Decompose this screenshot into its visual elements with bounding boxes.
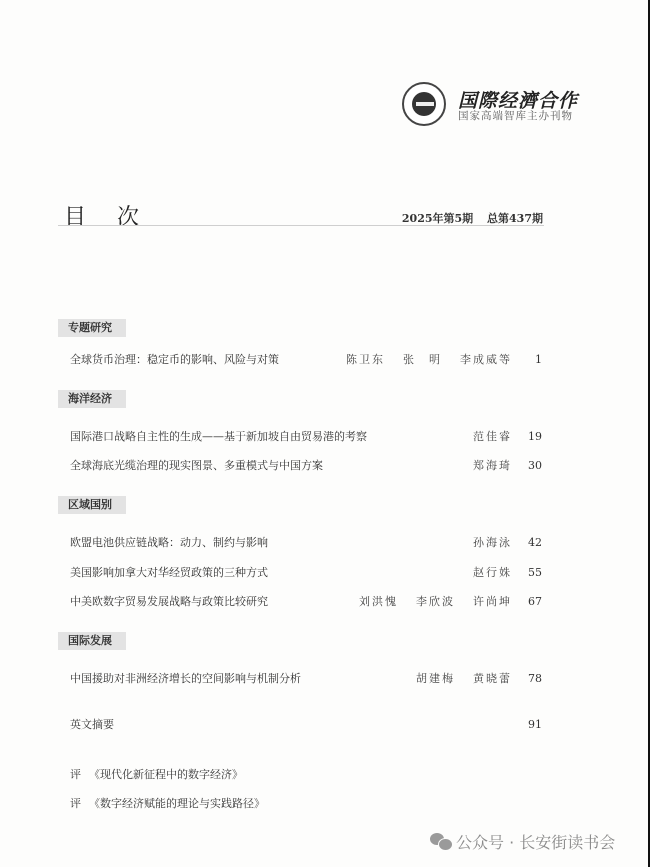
toc-entry[interactable]: 全球海底光缆治理的现实图景、多重模式与中国方案 郑海琦 30 xyxy=(70,458,542,474)
entry-page: 1 xyxy=(520,352,542,368)
title-divider xyxy=(58,225,544,226)
section-tag-regional-studies: 区域国别 xyxy=(58,496,126,514)
entry-title: 国际港口战略自主性的生成——基于新加坡自由贸易港的考察 xyxy=(70,429,367,445)
toc-entry[interactable]: 欧盟电池供应链战略：动力、制约与影响 孙海泳 42 xyxy=(70,535,542,551)
entry-title: 全球货币治理：稳定币的影响、风险与对策 xyxy=(70,352,279,368)
toc-entry[interactable]: 中美欧数字贸易发展战略与政策比较研究 刘洪愧李欣波许尚坤 67 xyxy=(70,594,542,610)
issue-number: 2025年第5期 xyxy=(402,212,473,225)
issue-info: 2025年第5期 总第437期 xyxy=(402,210,543,226)
masthead: 国際经濟合作 国家高端智库主办刊物 xyxy=(398,78,598,134)
entry-authors: 孙海泳 xyxy=(455,535,512,551)
entry-page: 30 xyxy=(520,458,542,474)
review-title: 《现代化新征程中的数字经济》 xyxy=(89,768,243,781)
book-review-item[interactable]: 评《数字经济赋能的理论与实践路径》 xyxy=(70,795,265,811)
entry-page: 42 xyxy=(520,535,542,551)
entry-title: 美国影响加拿大对华经贸政策的三种方式 xyxy=(70,565,268,581)
section-tag-special-research: 专题研究 xyxy=(58,319,126,337)
wechat-icon xyxy=(430,833,452,851)
entry-title: 中美欧数字贸易发展战略与政策比较研究 xyxy=(70,594,268,610)
watermark-text: 公众号 · 长安街读书会 xyxy=(456,833,615,852)
entry-authors: 刘洪愧李欣波许尚坤 xyxy=(341,594,512,610)
entry-authors: 赵行姝 xyxy=(455,565,512,581)
section-tag-ocean-economy: 海洋经济 xyxy=(58,390,126,408)
toc-entry[interactable]: 美国影响加拿大对华经贸政策的三种方式 赵行姝 55 xyxy=(70,565,542,581)
entry-page: 91 xyxy=(520,717,542,733)
toc-title: 目 次 xyxy=(64,200,151,231)
toc-entry[interactable]: 全球货币治理：稳定币的影响、风险与对策 陈卫东张 明李成威等 1 xyxy=(70,352,542,368)
journal-seal-icon xyxy=(402,82,446,126)
entry-authors: 胡建梅黄晓蕾 xyxy=(398,671,512,687)
entry-page: 55 xyxy=(520,565,542,581)
wechat-watermark: 公众号 · 长安街读书会 xyxy=(430,830,615,853)
toc-entry[interactable]: 国际港口战略自主性的生成——基于新加坡自由贸易港的考察 范佳睿 19 xyxy=(70,429,542,445)
entry-authors: 陈卫东张 明李成威等 xyxy=(328,352,512,368)
entry-page: 67 xyxy=(520,594,542,610)
review-title: 《数字经济赋能的理论与实践路径》 xyxy=(89,797,265,810)
entry-authors: 范佳睿 xyxy=(455,429,512,445)
review-prefix: 评 xyxy=(70,768,81,781)
book-review-item[interactable]: 评《现代化新征程中的数字经济》 xyxy=(70,766,243,782)
entry-page: 19 xyxy=(520,429,542,445)
entry-title: 欧盟电池供应链战略：动力、制约与影响 xyxy=(70,535,268,551)
toc-entry-english-abstract[interactable]: 英文摘要 91 xyxy=(70,717,542,733)
total-issue-number: 总第437期 xyxy=(487,212,543,225)
entry-authors: 郑海琦 xyxy=(455,458,512,474)
entry-title: 英文摘要 xyxy=(70,717,114,733)
toc-entry[interactable]: 中国援助对非洲经济增长的空间影响与机制分析 胡建梅黄晓蕾 78 xyxy=(70,671,542,687)
entry-title: 全球海底光缆治理的现实图景、多重模式与中国方案 xyxy=(70,458,323,474)
entry-title: 中国援助对非洲经济增长的空间影响与机制分析 xyxy=(70,671,301,687)
section-tag-international-development: 国际发展 xyxy=(58,632,126,650)
entry-page: 78 xyxy=(520,671,542,687)
review-prefix: 评 xyxy=(70,797,81,810)
journal-subtitle: 国家高端智库主办刊物 xyxy=(458,108,573,123)
